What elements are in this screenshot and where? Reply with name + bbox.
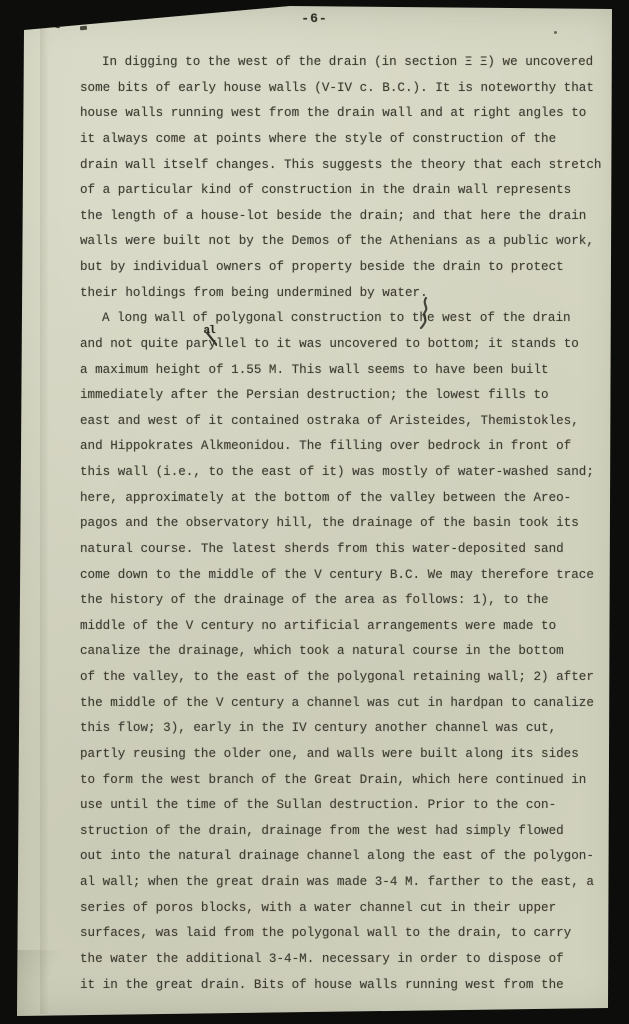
text-line: walls were built not by the Demos of the… (80, 229, 625, 255)
text-line: and not quite paryalllel to it was uncov… (80, 332, 625, 358)
text-line: come down to the middle of the V century… (80, 563, 625, 589)
text-line: surfaces, was laid from the polygonal wa… (80, 921, 625, 947)
text-line: some bits of early house walls (V-IV c. … (80, 76, 625, 102)
text-line: use until the time of the Sullan destruc… (80, 793, 625, 819)
text-line: series of poros blocks, with a water cha… (80, 896, 625, 922)
text-line: natural course. The latest sherds from t… (80, 537, 625, 563)
text-line: canalize the drainage, which took a natu… (80, 639, 625, 665)
ink-mark (417, 297, 433, 329)
text-line: out into the natural drainage channel al… (80, 844, 625, 870)
paper-crease-corner (12, 950, 72, 1020)
text-line: a maximum height of 1.55 M. This wall se… (80, 358, 625, 384)
text-line: house walls running west from the drain … (80, 101, 625, 127)
text-line: here, approximately at the bottom of the… (80, 486, 625, 512)
text-line: of the valley, to the east of the polygo… (80, 665, 625, 691)
document-page: -6- In digging to the west of the drain … (0, 0, 629, 1024)
text-line: this flow; 3), early in the IV century a… (80, 716, 625, 742)
text-block: In digging to the west of the drain (in … (80, 50, 625, 998)
handwritten-correction: al (203, 319, 214, 345)
text-line: their holdings from being undermined by … (80, 281, 625, 307)
text-line: it in the great drain. Bits of house wal… (80, 973, 625, 999)
text-line: of a particular kind of construction in … (80, 178, 625, 204)
text-line: it always come at points where the style… (80, 127, 625, 153)
text-line: A long wall of polygonal construction to… (80, 306, 625, 332)
text-line: but by individual owners of property bes… (80, 255, 625, 281)
text-line: immediately after the Persian destructio… (80, 383, 625, 409)
text-line: the history of the drainage of the area … (80, 588, 625, 614)
ink-smudge-mark (80, 26, 87, 31)
text-line: the water the additional 3-4-M. necessar… (80, 947, 625, 973)
paragraph: In digging to the west of the drain (in … (80, 50, 625, 306)
scan-background: -6- In digging to the west of the drain … (0, 0, 629, 1024)
ink-smudge-mark (55, 24, 61, 29)
struck-letter: yal (208, 332, 216, 358)
text-line: pagos and the observatory hill, the drai… (80, 511, 625, 537)
text-line: al wall; when the great drain was made 3… (80, 870, 625, 896)
page-number: -6- (0, 11, 629, 26)
text-line: this wall (i.e., to the east of it) was … (80, 460, 625, 486)
text-line: east and west of it contained ostraka of… (80, 409, 625, 435)
text-line: the length of a house-lot beside the dra… (80, 204, 625, 230)
text-line: In digging to the west of the drain (in … (80, 50, 625, 76)
ink-dot-mark (554, 31, 557, 34)
text-line: and Hippokrates Alkmeonidou. The filling… (80, 434, 625, 460)
text-line: to form the west branch of the Great Dra… (80, 768, 625, 794)
paragraph: A long wall of polygonal construction to… (80, 306, 625, 998)
text-line: struction of the drain, drainage from th… (80, 819, 625, 845)
text-line: partly reusing the older one, and walls … (80, 742, 625, 768)
text-line: drain wall itself changes. This suggests… (80, 153, 625, 179)
paper-crease-left (40, 28, 49, 1014)
text-line: middle of the V century no artificial ar… (80, 614, 625, 640)
text-line: the middle of the V century a channel wa… (80, 691, 625, 717)
